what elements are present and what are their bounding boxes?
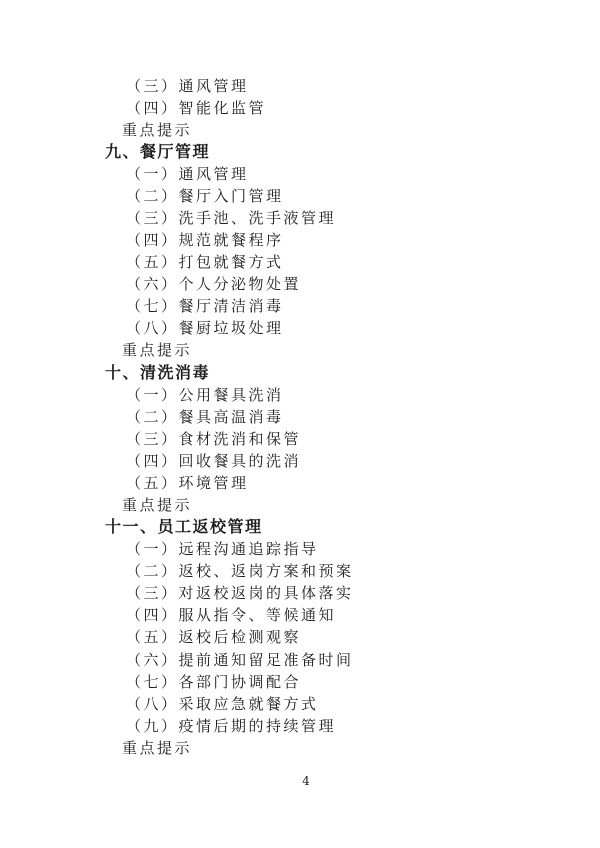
toc-item: （三）通风管理 (0, 75, 600, 97)
key-tips-label: 重点提示 (0, 339, 600, 361)
section-header: 十一、员工返校管理 (0, 516, 600, 538)
toc-item: （一）通风管理 (0, 163, 600, 185)
toc-item: （二）餐厅入门管理 (0, 185, 600, 207)
toc-item: （五）环境管理 (0, 472, 600, 494)
toc-item: （七）各部门协调配合 (0, 671, 600, 693)
section-header: 九、餐厅管理 (0, 141, 600, 163)
toc-item: （三）对返校返岗的具体落实 (0, 582, 600, 604)
toc-item: （八）餐厨垃圾处理 (0, 317, 600, 339)
toc-item: （八）采取应急就餐方式 (0, 693, 600, 715)
toc-item: （二）返校、返岗方案和预案 (0, 560, 600, 582)
toc-content: （三）通风管理 （四）智能化监管 重点提示 九、餐厅管理 （一）通风管理 （二）… (0, 75, 600, 759)
toc-item: （一）公用餐具洗消 (0, 384, 600, 406)
toc-item: （五）返校后检测观察 (0, 626, 600, 648)
page-number: 4 (0, 774, 600, 788)
section-header: 十、清洗消毒 (0, 362, 600, 384)
toc-item: （九）疫情后期的持续管理 (0, 715, 600, 737)
toc-item: （六）提前通知留足准备时间 (0, 649, 600, 671)
key-tips-label: 重点提示 (0, 737, 600, 759)
toc-item: （五）打包就餐方式 (0, 251, 600, 273)
toc-item: （三）食材洗消和保管 (0, 428, 600, 450)
toc-item: （四）服从指令、等候通知 (0, 604, 600, 626)
toc-item: （三）洗手池、洗手液管理 (0, 207, 600, 229)
toc-item: （七）餐厅清洁消毒 (0, 295, 600, 317)
toc-item: （四）回收餐具的洗消 (0, 450, 600, 472)
key-tips-label: 重点提示 (0, 119, 600, 141)
toc-item: （一）远程沟通追踪指导 (0, 538, 600, 560)
toc-item: （四）规范就餐程序 (0, 229, 600, 251)
key-tips-label: 重点提示 (0, 494, 600, 516)
toc-item: （四）智能化监管 (0, 97, 600, 119)
document-page: （三）通风管理 （四）智能化监管 重点提示 九、餐厅管理 （一）通风管理 （二）… (0, 0, 600, 848)
toc-item: （二）餐具高温消毒 (0, 406, 600, 428)
toc-item: （六）个人分泌物处置 (0, 273, 600, 295)
